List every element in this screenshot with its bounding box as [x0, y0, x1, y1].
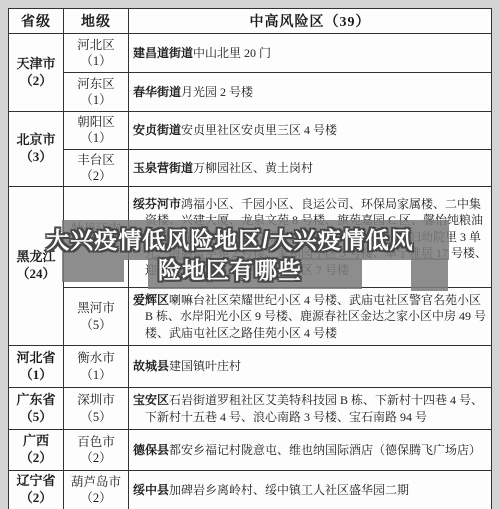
header-risk-areas: 中高风险区（39） — [129, 9, 492, 34]
risk-area-cell: 爱辉区喇嘛台社区荣耀世纪小区 4 号楼、武庙屯社区警官名苑小区 B 栋、水岸阳光… — [129, 288, 492, 346]
risk-area-cell: 春华街道月光园 2 号楼 — [129, 73, 492, 112]
risk-area-table-page: 省级 地级 中高风险区（39） 天津市 （2） 河北区 （1） 建昌道街道中山北… — [0, 0, 500, 509]
table-row: 天津市 （2） 河北区 （1） 建昌道街道中山北里 20 门 — [9, 34, 492, 73]
province-cell-heilongjiang: 黑龙江 （24） — [9, 187, 64, 346]
province-cell-beijing: 北京市 （3） — [9, 112, 64, 187]
table-row: 北京市 （3） 朝阳区 （1） 安贞街道安贞里社区安贞里三区 4 号楼 — [9, 112, 492, 150]
city-cell: 百色市 （2） — [64, 430, 129, 471]
header-province: 省级 — [9, 9, 64, 34]
risk-area-cell: 建昌道街道中山北里 20 门 — [129, 34, 492, 73]
table-row: 广西（2） 百色市 （2） 德保县都安乡福记村陇意屯、维也纳国际酒店（德保腾飞广… — [9, 430, 492, 471]
province-cell-liaoning: 辽宁省 （2） — [9, 471, 64, 509]
header-prefecture: 地级 — [64, 9, 129, 34]
city-cell: 葫芦岛市 （2） — [64, 471, 129, 509]
table-header-row: 省级 地级 中高风险区（39） — [9, 9, 492, 34]
city-cell: 黑河市 （5） — [64, 288, 129, 346]
table-row: 河东区 （1） 春华街道月光园 2 号楼 — [9, 73, 492, 112]
city-cell: 丰台区 （2） — [64, 149, 129, 187]
city-cell: 牡丹江市 （19） — [64, 187, 129, 288]
risk-area-cell: 安贞街道安贞里社区安贞里三区 4 号楼 — [129, 112, 492, 150]
risk-area-cell: 绥芬河市鸿福小区、千园小区、良运公司、环保局家属楼、二中集资楼、兴建大厦、龙泉文… — [129, 187, 492, 288]
risk-area-cell: 绥中县加碑岩乡离岭村、绥中镇工人社区盛华园二期 — [129, 471, 492, 509]
table-row: 丰台区 （2） 玉泉营街道万柳园社区、黄土岗村 — [9, 149, 492, 187]
table-row: 河北省 （1） 衡水市 （1） 故城县建国镇叶庄村 — [9, 346, 492, 388]
city-cell: 朝阳区 （1） — [64, 112, 129, 150]
city-cell: 衡水市 （1） — [64, 346, 129, 388]
province-cell-hebei: 河北省 （1） — [9, 346, 64, 388]
city-cell: 河东区 （1） — [64, 73, 129, 112]
province-cell-guangxi: 广西（2） — [9, 430, 64, 471]
table-row: 黑龙江 （24） 牡丹江市 （19） 绥芬河市鸿福小区、千园小区、良运公司、环保… — [9, 187, 492, 288]
risk-area-cell: 宝安区石岩街道罗租社区艾美特科技园 B 栋、下新村十四巷 4 号、下新村十五巷 … — [129, 388, 492, 430]
province-cell-guangdong: 广东省 （5） — [9, 388, 64, 430]
risk-area-cell: 玉泉营街道万柳园社区、黄土岗村 — [129, 149, 492, 187]
province-cell-tianjin: 天津市 （2） — [9, 34, 64, 112]
risk-area-cell: 故城县建国镇叶庄村 — [129, 346, 492, 388]
risk-area-table: 省级 地级 中高风险区（39） 天津市 （2） 河北区 （1） 建昌道街道中山北… — [8, 8, 492, 509]
table-row: 辽宁省 （2） 葫芦岛市 （2） 绥中县加碑岩乡离岭村、绥中镇工人社区盛华园二期 — [9, 471, 492, 509]
table-row: 黑河市 （5） 爱辉区喇嘛台社区荣耀世纪小区 4 号楼、武庙屯社区警官名苑小区 … — [9, 288, 492, 346]
city-cell: 深圳市 （5） — [64, 388, 129, 430]
table-row: 广东省 （5） 深圳市 （5） 宝安区石岩街道罗租社区艾美特科技园 B 栋、下新… — [9, 388, 492, 430]
city-cell: 河北区 （1） — [64, 34, 129, 73]
risk-area-cell: 德保县都安乡福记村陇意屯、维也纳国际酒店（德保腾飞广场店） — [129, 430, 492, 471]
